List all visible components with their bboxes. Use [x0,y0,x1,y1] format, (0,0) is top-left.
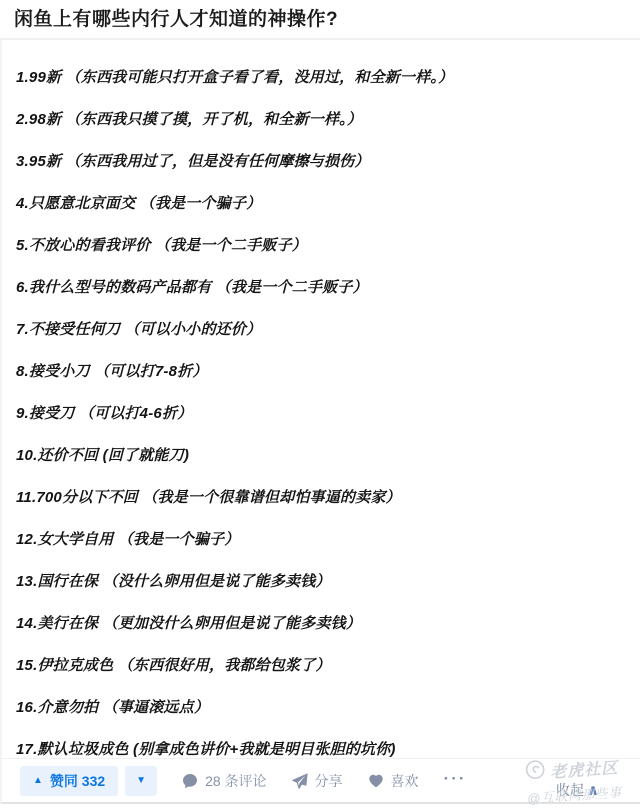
collapse-button[interactable]: 收起 ∧ [556,780,599,800]
comments-button[interactable]: 28 条评论 [182,771,266,791]
action-bar: ▲ 赞同 332 ▼ 28 条评论 分享 [0,758,640,804]
question-title[interactable]: 闲鱼上有哪些内行人才知道的神操作? [0,0,640,38]
share-label: 分享 [315,771,343,791]
list-item: 17.默认垃圾成色 (别拿成色讲价+我就是明目张胆的坑你) [16,742,626,758]
more-button[interactable]: ··· [444,770,467,791]
share-plane-icon [292,773,308,789]
list-item: 16.介意勿拍 （事逼滚远点） [16,700,626,716]
answer-list: 1.99新 （东西我可能只打开盒子看了看，没用过，和全新一样。）2.98新 （东… [0,40,640,761]
list-item: 12.女大学自用 （我是一个骗子） [16,532,626,548]
collapse-label: 收起 [556,780,584,800]
comments-label: 28 条评论 [205,771,266,791]
list-item: 2.98新 （东西我只摸了摸，开了机，和全新一样。） [16,112,626,128]
up-triangle-icon: ▲ [33,776,43,786]
list-item: 1.99新 （东西我可能只打开盒子看了看，没用过，和全新一样。） [16,70,626,86]
upvote-label: 赞同 332 [50,771,105,791]
list-item: 5.不放心的看我评价 （我是一个二手贩子） [16,238,626,254]
list-item: 7.不接受任何刀 （可以小小的还价） [16,322,626,338]
list-item: 11.700分以下不回 （我是一个很靠谱但却怕事逼的卖家） [16,490,626,506]
down-triangle-icon: ▼ [136,776,146,786]
list-item: 15.伊拉克成色 （东西很好用，我都给包浆了） [16,658,626,674]
list-item: 4.只愿意北京面交 （我是一个骗子） [16,196,626,212]
like-button[interactable]: 喜欢 [368,771,419,791]
downvote-button[interactable]: ▼ [125,766,157,796]
like-label: 喜欢 [391,771,419,791]
list-item: 13.国行在保 （没什么卵用但是说了能多卖钱） [16,574,626,590]
comment-bubble-icon [182,773,198,789]
list-item: 3.95新 （东西我用过了，但是没有任何摩擦与损伤） [16,154,626,170]
share-button[interactable]: 分享 [292,771,343,791]
list-item: 10.还价不回 (回了就能刀) [16,448,626,464]
list-item: 6.我什么型号的数码产品都有 （我是一个二手贩子） [16,280,626,296]
chevron-up-icon: ∧ [587,783,599,798]
upvote-button[interactable]: ▲ 赞同 332 [20,766,118,796]
heart-icon [368,773,384,788]
list-item: 8.接受小刀 （可以打7-8折） [16,364,626,380]
list-item: 9.接受刀 （可以打4-6折） [16,406,626,422]
list-item: 14.美行在保 （更加没什么卵用但是说了能多卖钱） [16,616,626,632]
answer-card: 闲鱼上有哪些内行人才知道的神操作? 1.99新 （东西我可能只打开盒子看了看，没… [0,0,640,808]
